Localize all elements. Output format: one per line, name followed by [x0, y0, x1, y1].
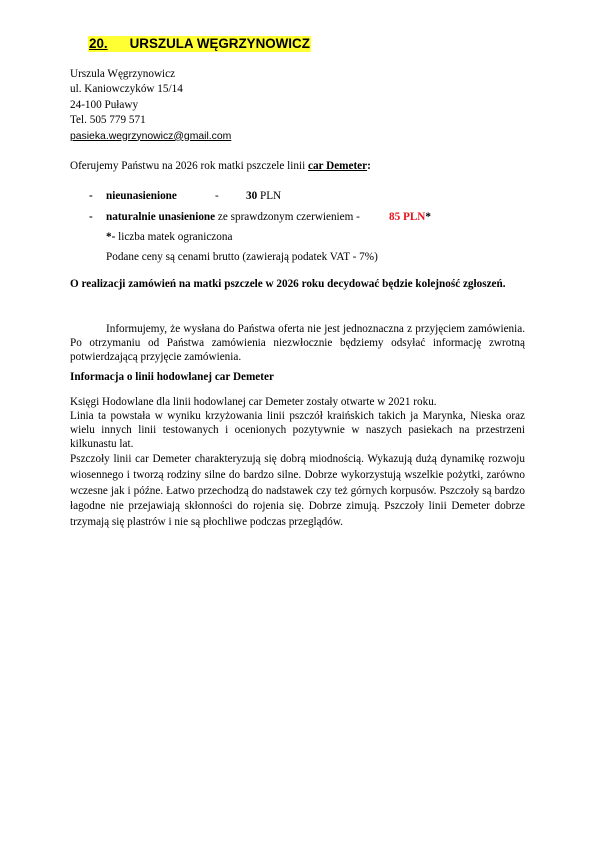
contact-city: 24-100 Puławy [70, 98, 231, 113]
contact-email-link[interactable]: pasieka.wegrzynowicz@gmail.com [70, 129, 231, 144]
info-paragraph: Informujemy, że wysłana do Państwa ofert… [70, 322, 525, 365]
item-price-value: 30 [246, 190, 257, 202]
offer-intro-text: Oferujemy Państwu na 2026 rok matki pszc… [70, 160, 308, 172]
item-price-unit: PLN [257, 190, 281, 202]
section-para-2: Linia ta powstała w wyniku krzyżowania l… [70, 409, 525, 452]
heading-name: URSZULA WĘGRZYNOWICZ [130, 36, 310, 51]
note-text: liczba matek ograniczona [115, 231, 232, 243]
offer-colon: : [367, 160, 371, 172]
section-para-1: Księgi Hodowlane dla linii hodowlanej ca… [70, 395, 525, 409]
offer-intro: Oferujemy Państwu na 2026 rok matki pszc… [70, 160, 371, 172]
item-label: nieunasienione [106, 190, 177, 202]
bullet-dash: - [89, 211, 93, 223]
contact-phone: Tel. 505 779 571 [70, 113, 231, 128]
section-para-3: Pszczoły linii car Demeter charakteryzuj… [70, 452, 525, 531]
item-price: 85 PLN [389, 211, 425, 223]
order-notice: O realizacji zamówień na matki pszczele … [70, 277, 510, 291]
item-separator: - [215, 190, 219, 202]
contact-name: Urszula Węgrzynowicz [70, 67, 231, 82]
contact-block: Urszula Węgrzynowicz ul. Kaniowczyków 15… [70, 67, 231, 144]
note-vat: Podane ceny są cenami brutto (zawierają … [106, 251, 378, 263]
section-heading: 20.URSZULA WĘGRZYNOWICZ [88, 36, 311, 52]
heading-number: 20. [89, 36, 108, 51]
contact-street: ul. Kaniowczyków 15/14 [70, 82, 231, 97]
document-page: 20.URSZULA WĘGRZYNOWICZ Urszula Węgrzyno… [0, 0, 595, 842]
bullet-dash: - [89, 190, 93, 202]
section-title: Informacja o linii hodowlanej car Demete… [70, 370, 525, 384]
item-price-star: * [425, 211, 431, 223]
offer-line-name: car Demeter [308, 160, 367, 172]
item-description: ze sprawdzonym czerwieniem - [215, 211, 360, 223]
note-star: *- [106, 231, 115, 243]
item-label: naturalnie unasienione [106, 211, 215, 223]
note-limited: *- liczba matek ograniczona [106, 231, 232, 243]
